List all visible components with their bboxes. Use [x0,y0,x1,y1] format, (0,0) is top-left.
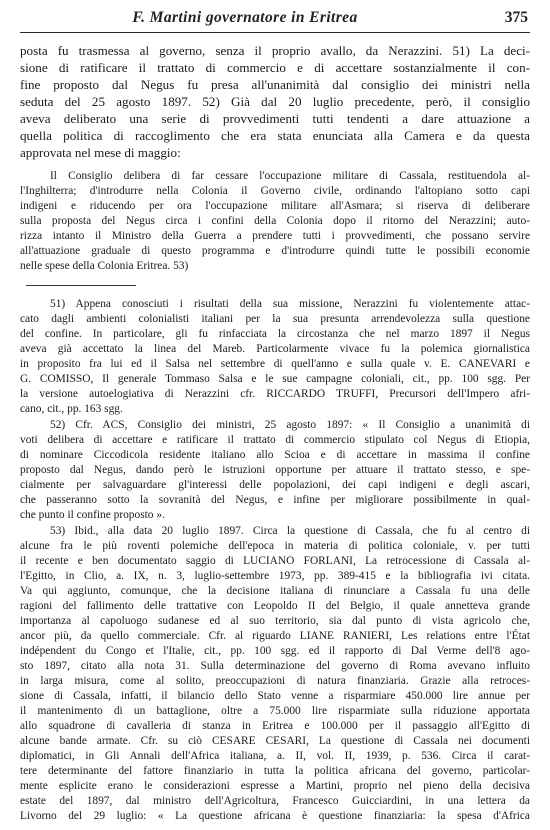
footnote-line: estate del 1897, dal ministro dell'Agric… [20,794,530,810]
footnote-line: voti delibera di accettare e ratificare … [20,433,530,449]
footnote-line: ragioni del fallimento delle trattative … [20,599,530,615]
footnote-line: indépendent du Congo et l'Italie, cit., … [20,644,530,660]
footnote-line: tere determinante del fattore finanziari… [20,764,530,780]
body-line: aveva deliberato una serie di provvedime… [20,110,530,127]
footnote-line: il recente e ben documentato saggio di L… [20,554,530,570]
footnote-53: 53) Ibid., alla data 20 luglio 1897. Cir… [20,524,530,540]
footnote-line: sto 1897, citato alla nota 31. Sulla det… [20,659,530,675]
quote-line: indigeni e riducendo per ora l'occupazio… [20,199,530,214]
footnote-51: 51) Appena conosciuti i risultati della … [20,297,530,313]
body-line: seduta del 25 agosto 1897. 52) Già dal 2… [20,93,530,110]
footnote-line: che punto il confine proposto ». [20,508,530,524]
footnote-line: mente esplicite erano le considerazioni … [20,779,530,795]
quote-line: nelle spese della Colonia Eritrea. 53) [20,259,530,274]
quote-line: l'Inghilterra; d'introdurre nella Coloni… [20,184,530,199]
footnote-52: 52) Cfr. ACS, Consiglio dei ministri, 25… [20,418,530,434]
footnote-line: cialmente per salvaguardare gl'interessi… [20,478,530,494]
quote-line: Il Consiglio delibera di far cessare l'o… [20,169,530,184]
body-line: quella politica di raccoglimento che era… [20,127,530,144]
footnote-line: proposto dal Negus, dando però le istruz… [20,463,530,479]
quote-line: sulla proposta del Negus circa i confini… [20,214,530,229]
body-line: fine proposto dal Negus fu presa all'una… [20,76,530,93]
footnote-line: importanza al capoluogo sudanese ed al s… [20,614,530,630]
footnote-line: sione di Cassala, infatti, il bilancio d… [20,689,530,705]
footnote-line: in larga misura, come al solito, preoccu… [20,674,530,690]
footnote-line: diplomatici, in Gli Annali dell'Africa i… [20,749,530,765]
footnote-line: la versione autoelogiativa di Nerazzini … [20,387,530,403]
footnote-line: Livorno del 29 luglio: « La questione af… [20,809,530,825]
footnote-line: cato dagli ambienti colonialisti italian… [20,312,530,328]
footnote-line: l'Egitto, in Clio, a. IX, n. 3, luglio-s… [20,569,530,585]
footnote-line: ancor più, da quello commerciale. Cfr. a… [20,629,530,645]
footnote-line: G. COMISSO, Il generale Tommaso Salsa e … [20,372,530,388]
footnote-line: Va qui aggiunto, comunque, che la decisi… [20,584,530,600]
footnote-line: il mantenimento di un battaglione, oltre… [20,704,530,720]
footnote-line: del confine. In particolare, gli fu rinf… [20,327,530,343]
body-line: approvata nel mese di maggio: [20,144,530,161]
page-number: 375 [505,9,528,27]
quote-line: rizza intanto il Ministro della Guerra a… [20,229,530,244]
quote-line: all'attuazione graduale di questo progra… [20,244,530,259]
footnote-line: di nominare Ciccodicola residente italia… [20,448,530,464]
running-title: F. Martini governatore in Eritrea [20,9,470,27]
footnote-line: aveva già accettato la linea del Mareb. … [20,342,530,358]
body-line: sione di ratificare il trattato di comme… [20,59,530,76]
footnote-line: allo squadrone di cavalleria di stanza i… [20,719,530,735]
footnote-line: alcune bande armate. Cfr. su ciò CESARE … [20,734,530,750]
footnote-line: che passeranno sotto la sovranità del Ne… [20,493,530,509]
footnote-line: in proposito fra lui ed il Salsa nel set… [20,357,530,373]
footnote-separator [26,285,136,286]
footnote-line: alcune fra le più roventi polemiche dell… [20,539,530,555]
body-line: posta fu trasmessa al governo, senza il … [20,42,530,59]
running-header: F. Martini governatore in Eritrea 375 [20,4,530,33]
footnote-line: cano, cit., pp. 163 sgg. [20,402,530,418]
